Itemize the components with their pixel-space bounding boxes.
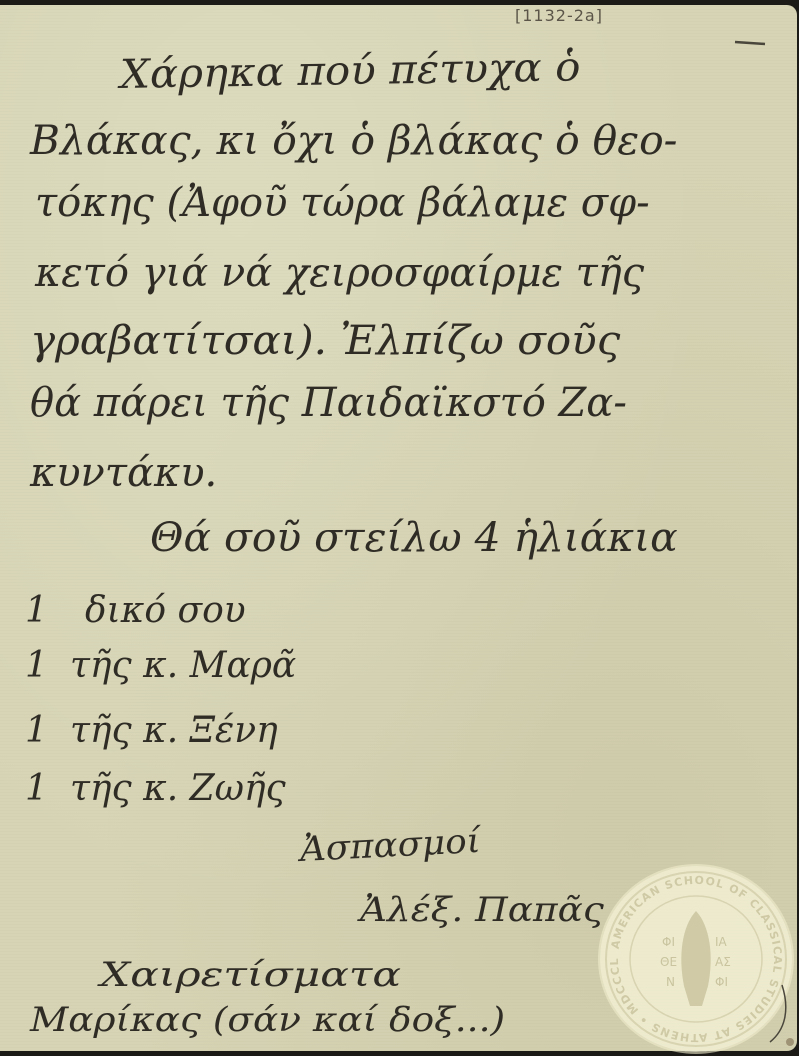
letter-line-6: θά πάρει τῆς Παιδαϊκστό Ζα- [30,380,627,426]
svg-text:ΑΣ: ΑΣ [715,955,731,969]
list-item: τῆς κ. Μαρᾶ [70,645,296,686]
archive-seal: AMERICAN SCHOOL OF CLASSICAL STUDIES AT … [600,866,792,1052]
list-item: τῆς κ. Ξένη [70,710,278,751]
seal-emblem-icon: AMERICAN SCHOOL OF CLASSICAL STUDIES AT … [600,866,792,1052]
letter-line-3: τόκης (Ἀφοῦ τώρα βάλαμε σφ- [35,180,650,226]
list-item: δικό σου [85,590,246,631]
svg-text:ΦΙ: ΦΙ [662,935,675,949]
letter-line-7: κυντάκυ. [30,450,217,496]
list-item-marker: 1 [25,590,48,631]
paper-stain [786,1038,794,1046]
list-item-marker: 1 [25,710,48,751]
letter-line-4: κετό γιά νά χειροσφαίρμε τῆς [35,250,644,296]
intro-line: Θά σοῦ στείλω 4 ἡλιάκια [150,515,678,561]
postscript-line-2: Μαρίκας (σάν καί δοξ...) [30,1000,505,1040]
svg-text:Ν: Ν [666,975,675,989]
list-item-marker: 1 [25,645,48,686]
letter-line-1: Χάρηκα πού πέτυχα ὁ [120,44,581,98]
svg-text:ΘΕ: ΘΕ [660,955,677,969]
list-item-marker: 1 [25,768,48,809]
svg-text:ΙΑ: ΙΑ [715,935,728,949]
archive-reference: [1132-2a] [515,6,603,25]
postscript-line-1: Χαιρετίσματα [100,955,401,995]
letter-line-2: Βλάκας, κι ὄχι ὁ βλάκας ὁ θεο- [30,118,677,164]
list-item: τῆς κ. Ζωῆς [70,768,286,809]
svg-text:ΦΙ: ΦΙ [715,975,728,989]
signature: Ἀλέξ. Παπᾶς [360,890,604,930]
letter-line-5: γραβατίτσαι). Ἐλπίζω σοῦς [30,318,620,364]
